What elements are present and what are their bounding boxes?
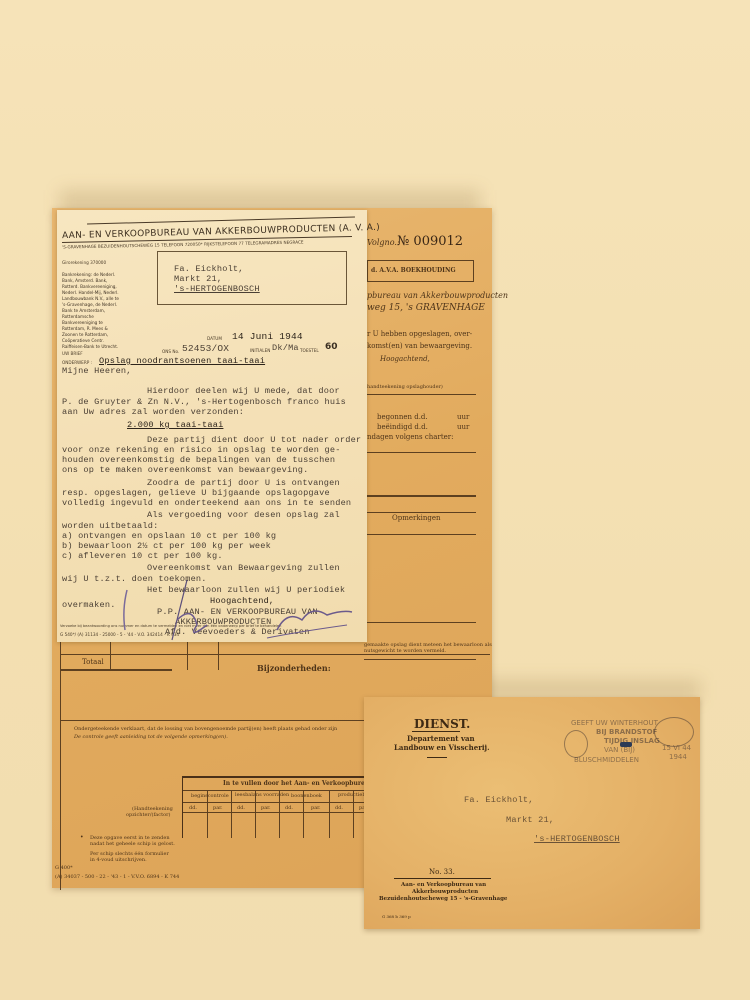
postmark-line-2: BIJ BRANDSTOF (596, 728, 657, 736)
letter-body-line: 2.000 kg taai-taai (127, 420, 223, 430)
form-text-1: r U hebben opgeslagen, over- (367, 330, 472, 338)
bullet-note-2: nadat het geheele schip is gelost. (90, 841, 175, 847)
bijzonderheden-label: Bijzonderheden: (257, 663, 331, 673)
form-hoogachtend: Hoogachtend, (380, 355, 430, 363)
postmark-line-1: GEEFT UW WINTERHOUT (571, 719, 658, 727)
datum-label: DATUM (207, 336, 222, 341)
postmark-circle-icon (654, 717, 694, 747)
letter-body-line: resp. opgeslagen, gelieve U bijgaande op… (62, 488, 330, 498)
envelope-sender-2: Akkerbouwproducten (412, 889, 478, 895)
envelope: DIENST. Departement van Landbouw en Viss… (364, 697, 700, 929)
toestel: 60 (325, 342, 338, 352)
postmark-emblem-icon (564, 730, 588, 758)
totaal-label: Totaal (82, 658, 104, 666)
envelope-code: G 368 b 369 p (382, 914, 411, 919)
envelope-department-2: Landbouw en Visscherij. (394, 743, 490, 752)
envelope-no: No. 33. (429, 868, 455, 876)
envelope-recipient-city: 's-HERTOGENBOSCH (534, 834, 620, 844)
letter-body-line: worden uitbetaald: (62, 521, 158, 531)
letter-date: 14 Juni 1944 (232, 331, 303, 342)
initialen-label: INITIALEN (250, 348, 270, 353)
declaration-2: De controle geeft aanleiding tot de volg… (74, 734, 228, 740)
handteekening-2: opzichter/(factor) (126, 812, 170, 818)
postmark-line-4: VAN (BIJ) (604, 746, 635, 754)
volgno-label: Volgno.: (367, 238, 400, 247)
letter-body-line: overmaken. (62, 600, 116, 610)
giro: Girorekening 370000 (62, 260, 106, 265)
letter-body-line: houden overeenkomstig de bepalingen van … (62, 455, 335, 465)
initialen: Dk/Ma (272, 343, 299, 353)
ava-subcol-header: dd. (189, 805, 197, 811)
letter-body-line: Hierdoor deelen wij U mede, dat door (147, 386, 340, 396)
salutation: Mijne Heeren, (62, 366, 132, 376)
envelope-recipient-name: Fa. Eickholt, (464, 795, 534, 805)
ons-no-label: ONS No. (162, 349, 179, 354)
recipient-city: 's-HERTOGENBOSCH (174, 284, 260, 294)
ava-table-title: In te vullen door het Aan- en Verkoopbur… (223, 780, 383, 787)
form-sig-caption: handteekening opslaghouder) (367, 384, 443, 390)
letter-body-line: Zoodra de partij door U is ontvangen (147, 478, 340, 488)
ons-no: 52453/OX (182, 343, 229, 354)
ava-subcol-header: par. (261, 805, 271, 811)
form-addr-2: weg 15, 's GRAVENHAGE (367, 303, 485, 313)
letter-body-line: c) afleveren 10 ct per 100 kg. (62, 551, 223, 561)
onderwerp: Opslag noodrantsoenen taai-taai (99, 356, 265, 366)
letter-body-line: aan Uw adres zal worden verzonden: (62, 407, 244, 417)
ava-letter: AAN- EN VERKOOPBUREAU VAN AKKERBOUWPRODU… (57, 210, 367, 642)
letter-body-line: volledig ingevuld en onderteekend aan on… (62, 498, 351, 508)
envelope-dienst: DIENST. (414, 717, 470, 731)
form-beeindigd: beëindigd d.d. (377, 423, 428, 431)
onderwerp-label: ONDERWERP : (62, 360, 92, 365)
form-addr-1: pbureau van Akkerbouwproducten (367, 291, 508, 300)
form-opmerkingen: Opmerkingen (392, 514, 440, 522)
ava-subcol-header: dd. (335, 805, 343, 811)
ava-group-1: beginscontrole (191, 793, 229, 799)
volgno: № 009012 (397, 234, 463, 249)
bank-info: Bankrekening: de Nederl. Bank, Amsterd. … (62, 272, 124, 350)
letter-body-line: ons op te maken overeenkomst van bewaarg… (62, 465, 308, 475)
letter-body-line: Als vergoeding voor desen opslag zal (147, 510, 340, 520)
letter-body-line: a) ontvangen en opslaan 10 ct per 100 kg (62, 531, 276, 541)
postmark-line-5: BLUSCHMIDDELEN (574, 756, 639, 764)
ava-subcol-header: par. (311, 805, 321, 811)
ava-subcol-header: dd. (285, 805, 293, 811)
dept-box: d. A.V.A. BOEKHOUDING (367, 260, 474, 282)
toestel-label: TOESTEL (300, 348, 319, 353)
signature-icon (117, 570, 357, 642)
envelope-sender-3: Bezuidenhoutscheweg 15 - 's-Gravenhage (379, 896, 507, 902)
recipient-name: Fa. Eickholt, (174, 264, 244, 274)
postmark-year: 1944 (669, 753, 687, 761)
letter-body-line: Deze partij dient door U tot nader order (147, 435, 361, 445)
declaration-1: Ondergeteekende verklaart, dat de lossin… (74, 726, 337, 732)
form-ligdagen: ndagen volgens charter: (367, 433, 454, 441)
ink-spot (620, 742, 632, 747)
form-begonnen: begonnen d.d. (377, 413, 428, 421)
form-text-2: komst(en) van bewaargeving. (367, 342, 472, 350)
recipient-street: Markt 21, (174, 274, 222, 284)
form-uur-1: uur (457, 413, 469, 421)
letter-body-line: voor onze rekening en risico in opslag t… (62, 445, 341, 455)
dept-box-text: d. A.V.A. BOEKHOUDING (371, 267, 456, 274)
envelope-recipient-street: Markt 21, (506, 815, 554, 825)
form-uur-2: uur (457, 423, 469, 431)
ava-group-2: leesbalans voorraden (235, 792, 289, 798)
ava-subcol-header: dd. (237, 805, 245, 811)
address-window: Fa. Eickholt, Markt 21, 's-HERTOGENBOSCH (157, 251, 347, 305)
form-code-a: G 400* (55, 865, 73, 871)
uw-brief-label: UW BRIEF (62, 351, 83, 356)
ava-subcol-header: par. (213, 805, 223, 811)
per-schip-2: in 4-voud uitschrijven. (90, 857, 147, 863)
envelope-department-1: Departement van (407, 734, 475, 743)
form-code-b: (A) 34037 - 500 - 22 - '43 - 1 - V.V.O. … (55, 874, 179, 880)
envelope-sender-1: Aan- en Verkoopbureau van (401, 882, 486, 888)
letter-body-line: P. de Gruyter & Zn N.V., 's-Hertogenbosc… (62, 397, 346, 407)
letter-body-line: b) bewaarloon 2½ ct per 100 kg per week (62, 541, 271, 551)
ava-group-3: boonenboek (291, 793, 322, 799)
